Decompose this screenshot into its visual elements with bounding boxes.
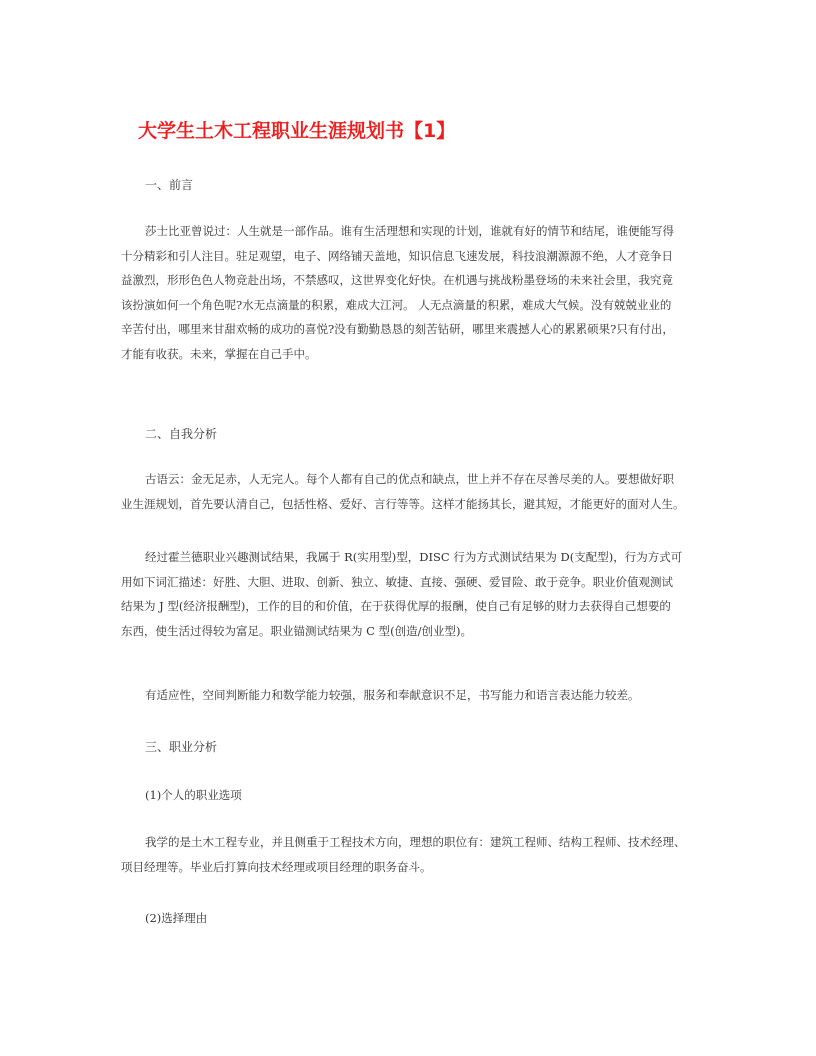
text-line: 辛苦付出，哪里来甘甜欢畅的成功的喜悦?没有勤勤恳恳的刻苦钻研，哪里来震撼人心的累…	[121, 317, 721, 342]
paragraph-career-options: 我学的是土木工程专业，并且侧重于工程技术方向，理想的职位有：建筑工程师、结构工程…	[121, 830, 721, 879]
text-line: 结果为 J 型(经济报酬型)，工作的目的和价值，在于获得优厚的报酬，使自己有足够…	[121, 594, 721, 619]
document-title: 大学生土木工程职业生涯规划书【1】	[138, 116, 455, 143]
document-page: 大学生土木工程职业生涯规划书【1】 一、前言 莎士比亚曾说过：人生就是一部作品。…	[0, 0, 816, 1056]
paragraph-self-analysis-3: 有适应性，空间判断能力和数学能力较强，服务和奉献意识不足，书写能力和语言表达能力…	[121, 683, 721, 708]
text-line: 我学的是土木工程专业，并且侧重于工程技术方向，理想的职位有：建筑工程师、结构工程…	[121, 830, 721, 855]
paragraph-self-analysis-1: 古语云：金无足赤，人无完人。每个人都有自己的优点和缺点，世上并不存在尽善尽美的人…	[121, 467, 721, 516]
text-line: 才能有收获。未来，掌握在自己手中。	[121, 342, 721, 367]
paragraph-preface: 莎士比亚曾说过：人生就是一部作品。谁有生活理想和实现的计划，谁就有好的情节和结尾…	[121, 219, 721, 366]
subheading: (2)选择理由	[121, 906, 721, 931]
text-line: 用如下词汇描述：好胜、大胆、进取、创新、独立、敏捷、直接、强硬、爱冒险、敢于竞争…	[121, 570, 721, 595]
text-line: 项目经理等。毕业后打算向技术经理或项目经理的职务奋斗。	[121, 855, 721, 880]
paragraph-career-options-heading: (1)个人的职业选项	[121, 783, 721, 808]
text-line: 经过霍兰德职业兴趣测试结果，我属于 R(实用型)型，DISC 行为方式测试结果为…	[121, 545, 721, 570]
subheading: (1)个人的职业选项	[121, 783, 721, 808]
text-line: 东西，使生活过得较为富足。职业锚测试结果为 C 型(创造/创业型)。	[121, 619, 721, 644]
text-line: 业生涯规划，首先要认清自己，包括性格、爱好、言行等等。这样才能扬其长，避其短，才…	[121, 492, 721, 517]
text-line: 有适应性，空间判断能力和数学能力较强，服务和奉献意识不足，书写能力和语言表达能力…	[121, 683, 721, 708]
section-heading-career-analysis: 三、职业分析	[145, 738, 217, 755]
paragraph-self-analysis-2: 经过霍兰德职业兴趣测试结果，我属于 R(实用型)型，DISC 行为方式测试结果为…	[121, 545, 721, 643]
text-line: 益激烈，形形色色人物竞赴出场，不禁感叹，这世界变化好快。在机遇与挑战粉墨登场的未…	[121, 268, 721, 293]
text-line: 该扮演如何一个角色呢?水无点滴量的积累，难成大江河。 人无点滴量的积累，难成大气…	[121, 293, 721, 318]
text-line: 莎士比亚曾说过：人生就是一部作品。谁有生活理想和实现的计划，谁就有好的情节和结尾…	[121, 219, 721, 244]
section-heading-self-analysis: 二、自我分析	[145, 425, 217, 442]
text-line: 古语云：金无足赤，人无完人。每个人都有自己的优点和缺点，世上并不存在尽善尽美的人…	[121, 467, 721, 492]
section-heading-preface: 一、前言	[145, 176, 193, 193]
paragraph-selection-reason-heading: (2)选择理由	[121, 906, 721, 931]
text-line: 十分精彩和引人注目。驻足观望，电子、网络铺天盖地，知识信息飞速发展，科技浪潮源源…	[121, 244, 721, 269]
